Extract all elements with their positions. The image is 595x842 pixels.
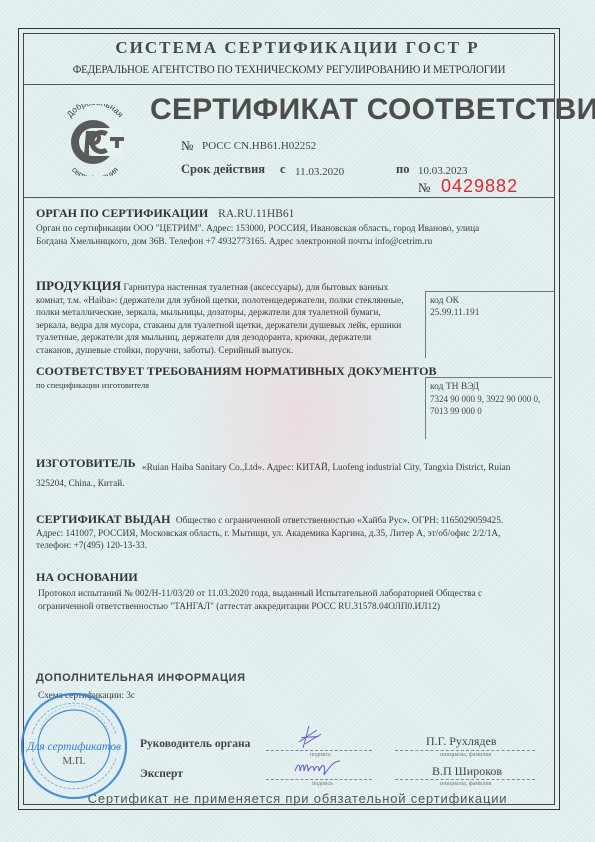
head-name-line [395,750,535,751]
header-divider [24,84,554,85]
conformity-text: по спецификации изготовителя [36,379,426,392]
valid-from-date: 11.03.2020 [295,166,344,178]
svg-text:сертификация: сертификация [70,165,120,176]
rst-logo-icon: Добровольная сертификация [56,104,134,176]
basis-section: НА ОСНОВАНИИ Протокол испытаний № 002/Н-… [36,570,526,613]
certification-body-code: RA.RU.11НВ61 [218,208,294,220]
certificate-number-label: № [181,138,193,154]
expert-signature-line [266,779,372,780]
seal-stamp-icon: Для сертификатов М.П. [18,690,130,802]
okpd-code-box: код ОК 25.99.11.191 [425,291,554,358]
expert-name-caption: инициалы, фамилия [440,781,491,787]
svg-text:Добровольная: Добровольная [64,104,125,120]
expert-label: Эксперт [140,768,183,780]
basis-text: Протокол испытаний № 002/Н-11/03/20 от 1… [36,588,526,613]
expert-signature-caption: подпись [312,781,333,787]
issued-to-section: СЕРТИФИКАТ ВЫДАН Общество с ограниченной… [36,513,522,553]
certification-body-section: ОРГАН ПО СЕРТИФИКАЦИИ RA.RU.11НВ61 Орган… [36,204,516,248]
expert-name-line [395,779,535,780]
validity-label: Срок действия [181,162,265,177]
okpd-code-label: код ОК [430,295,550,307]
certificate-number: РОСС CN.НВ61.Н02252 [202,140,316,152]
agency-name: ФЕДЕРАЛЬНОЕ АГЕНТСТВО ПО ТЕХНИЧЕСКОМУ РЕ… [32,64,546,76]
additional-info-heading: ДОПОЛНИТЕЛЬНАЯ ИНФОРМАЦИЯ [36,672,436,684]
conformity-heading: СООТВЕТСТВУЕТ ТРЕБОВАНИЯМ НОРМАТИВНЫХ ДО… [36,364,426,379]
certification-body-heading: ОРГАН ПО СЕРТИФИКАЦИИ [36,206,208,220]
head-signature-icon [295,722,325,750]
svg-text:Для сертификатов: Для сертификатов [26,741,121,753]
product-text: Гарнитура настенная туалетная (аксессуар… [36,283,403,356]
okpd-code-value: 25.99.11.191 [430,307,550,319]
head-of-body-label: Руководитель органа [140,738,250,750]
manufacturer-section: ИЗГОТОВИТЕЛЬ «Ruian Haiba Sanitary Co.,L… [36,457,522,490]
product-section: ПРОДУКЦИЯ Гарнитура настенная туалетная … [36,280,408,357]
issued-to-heading: СЕРТИФИКАТ ВЫДАН [36,512,170,526]
conformity-section: СООТВЕТСТВУЕТ ТРЕБОВАНИЯМ НОРМАТИВНЫХ ДО… [36,364,426,392]
tnved-code-value: 7324 90 000 9, 3922 90 000 0, 7013 99 00… [430,393,548,417]
certificate-title: СЕРТИФИКАТ СООТВЕТСТВИЯ [150,93,595,127]
head-signature-line [266,750,372,751]
system-title: СИСТЕМА СЕРТИФИКАЦИИ ГОСТ Р [0,38,595,58]
tnved-code-box: код ТН ВЭД 7324 90 000 9, 3922 90 000 0,… [425,377,552,439]
manufacturer-heading: ИЗГОТОВИТЕЛЬ [36,456,136,470]
validity-to-label: по [396,162,409,177]
product-heading: ПРОДУКЦИЯ [36,278,121,293]
head-of-body-name: П.Г. Рухлядев [426,734,497,749]
title-divider [24,197,554,198]
tnved-code-label: код ТН ВЭД [430,381,548,393]
head-name-caption: инициалы, фамилия [440,752,491,758]
expert-name: В.П Широков [432,764,502,779]
serial-number: 0429882 [441,176,518,197]
expert-signature-icon [292,757,342,779]
svg-text:М.П.: М.П. [62,755,85,767]
validity-from-label: с [280,162,286,177]
basis-heading: НА ОСНОВАНИИ [36,570,526,585]
serial-number-label: № [418,180,430,196]
certification-body-text: Орган по сертификации ООО "ЦЕТРИМ". Адре… [36,223,511,248]
